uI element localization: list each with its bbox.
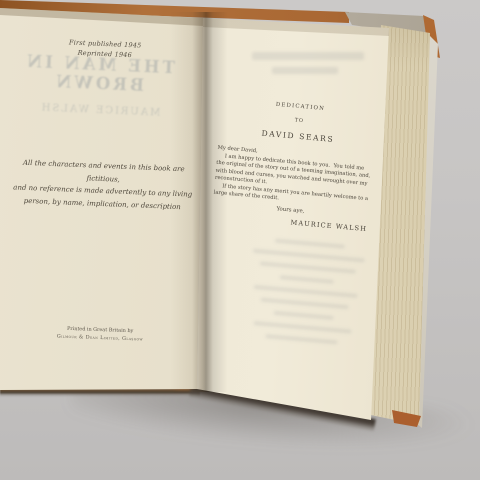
book-photo: THE MAN IN BROWN MAURICE WALSH First pub… (0, 0, 480, 480)
show-through-lines (272, 67, 338, 74)
show-through-lines (237, 228, 376, 347)
disclaimer-block: All the characters and events in this bo… (4, 156, 202, 214)
dedication-body: My dear David, I am happy to dedicate th… (213, 145, 375, 211)
show-through-lines (252, 52, 364, 60)
dedication-page-text: DEDICATION TO DAVID SEARS My dear David,… (211, 97, 379, 233)
